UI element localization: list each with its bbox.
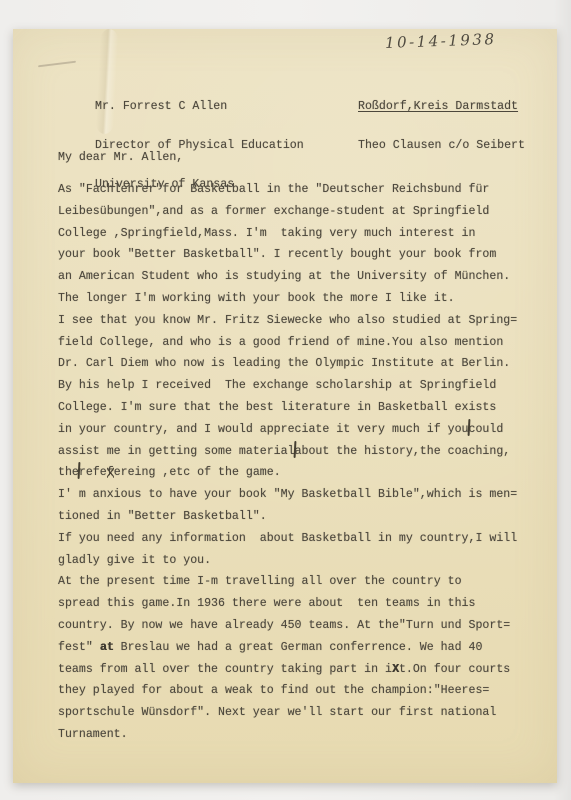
corrected-text: X — [392, 663, 399, 676]
typed-text: College ,Springfield,Mass. I'm taking ve… — [58, 227, 475, 240]
typed-text: about the history,the coaching, — [295, 445, 511, 458]
letter-line: Leibesübungen",and as a former exchange-… — [58, 201, 540, 223]
typed-text: Breslau we had a great German conferrenc… — [114, 641, 483, 654]
typed-text: teams from all over the country taking p… — [58, 663, 392, 676]
typed-text: refe — [79, 466, 107, 479]
sender-location: Roßdorf,Kreis Darmstadt — [358, 100, 525, 113]
letter-line: College. I'm sure that the best literatu… — [58, 397, 540, 419]
letter-line: sportschule Wünsdorf". Next year we'll s… — [58, 702, 540, 724]
typed-text: College. I'm sure that the best literatu… — [58, 401, 496, 414]
letter-line: assist me in getting some materialabout … — [58, 441, 540, 463]
typed-text: If you need any information about Basket… — [58, 532, 517, 545]
typed-text: I' m anxious to have your book "My Baske… — [58, 488, 517, 501]
typed-text: Leibesübungen",and as a former exchange-… — [58, 205, 489, 218]
typed-text: spread this game.In 1936 there were abou… — [58, 597, 475, 610]
letter-line: If you need any information about Basket… — [58, 528, 540, 550]
letter-line: Dr. Carl Diem who now is leading the Oly… — [58, 353, 540, 375]
typed-text: country. By now we have already 450 team… — [58, 619, 510, 632]
typed-text: an American Student who is studying at t… — [58, 270, 510, 283]
scan-background: 10-14-1938 Mr. Forrest C Allen Director … — [0, 0, 571, 800]
letter-body: As "Fachlehrer"for Basketball in the "De… — [58, 179, 540, 746]
pencil-mark — [38, 61, 76, 68]
typed-text: tioned in "Better Basketball". — [58, 510, 267, 523]
typed-text: By his help I received The exchange scho… — [58, 379, 496, 392]
letter-line: At the present time I-m travelling all o… — [58, 571, 540, 593]
typed-text: could — [469, 423, 504, 436]
handwritten-date: 10-14-1938 — [385, 30, 497, 52]
letter-line: spread this game.In 1936 there were abou… — [58, 593, 540, 615]
typed-text: assist me in getting some material — [58, 445, 295, 458]
typed-text: sportschule Wünsdorf". Next year we'll s… — [58, 706, 496, 719]
typed-text: your book "Better Basketball". I recentl… — [58, 248, 496, 261]
letter-line: I' m anxious to have your book "My Baske… — [58, 484, 540, 506]
letter-line: therefefereing ,etc of the game. — [58, 462, 540, 484]
typed-text: Dr. Carl Diem who now is leading the Oly… — [58, 357, 510, 370]
typed-text: field College, and who is a good friend … — [58, 336, 503, 349]
typed-text: Turnament. — [58, 728, 128, 741]
typed-text: the — [58, 466, 79, 479]
recipient-name: Mr. Forrest C Allen — [95, 100, 304, 113]
sender-name: Theo Clausen c/o Seibert — [358, 139, 525, 152]
letter-line: The longer I'm working with your book th… — [58, 288, 540, 310]
letter-line: gladly give it to you. — [58, 550, 540, 572]
typed-text: they played for about a weak to find out… — [58, 684, 489, 697]
letter-line: your book "Better Basketball". I recentl… — [58, 244, 540, 266]
typed-text: fest" — [58, 641, 100, 654]
letter-line: teams from all over the country taking p… — [58, 659, 540, 681]
typed-text: in your country, and I would appreciate … — [58, 423, 469, 436]
letter-line: fest" at Breslau we had a great German c… — [58, 637, 540, 659]
letter-line: By his help I received The exchange scho… — [58, 375, 540, 397]
letter-line: field College, and who is a good friend … — [58, 332, 540, 354]
typed-text: ereing ,etc of the game. — [114, 466, 281, 479]
typed-text: As "Fachlehrer"for Basketball in the "De… — [58, 183, 489, 196]
typed-text: t.On four courts — [399, 663, 510, 676]
typed-text: The longer I'm working with your book th… — [58, 292, 455, 305]
typed-text: At the present time I-m travelling all o… — [58, 575, 462, 588]
typed-text: gladly give it to you. — [58, 554, 211, 567]
letter-paper: 10-14-1938 Mr. Forrest C Allen Director … — [13, 29, 557, 783]
sender-address: Roßdorf,Kreis Darmstadt Theo Clausen c/o… — [358, 74, 525, 178]
corrected-text: f — [107, 466, 114, 479]
typed-text: I see that you know Mr. Fritz Siewecke w… — [58, 314, 517, 327]
letter-line: an American Student who is studying at t… — [58, 266, 540, 288]
letter-line: College ,Springfield,Mass. I'm taking ve… — [58, 223, 540, 245]
letter-line: As "Fachlehrer"for Basketball in the "De… — [58, 179, 540, 201]
letter-line: tioned in "Better Basketball". — [58, 506, 540, 528]
letter-line: they played for about a weak to find out… — [58, 680, 540, 702]
letter-line: in your country, and I would appreciate … — [58, 419, 540, 441]
letter-line: Turnament. — [58, 724, 540, 746]
corrected-text: at — [100, 641, 114, 654]
letter-line: I see that you know Mr. Fritz Siewecke w… — [58, 310, 540, 332]
letter-line: country. By now we have already 450 team… — [58, 615, 540, 637]
salutation: My dear Mr. Allen, — [58, 151, 183, 164]
